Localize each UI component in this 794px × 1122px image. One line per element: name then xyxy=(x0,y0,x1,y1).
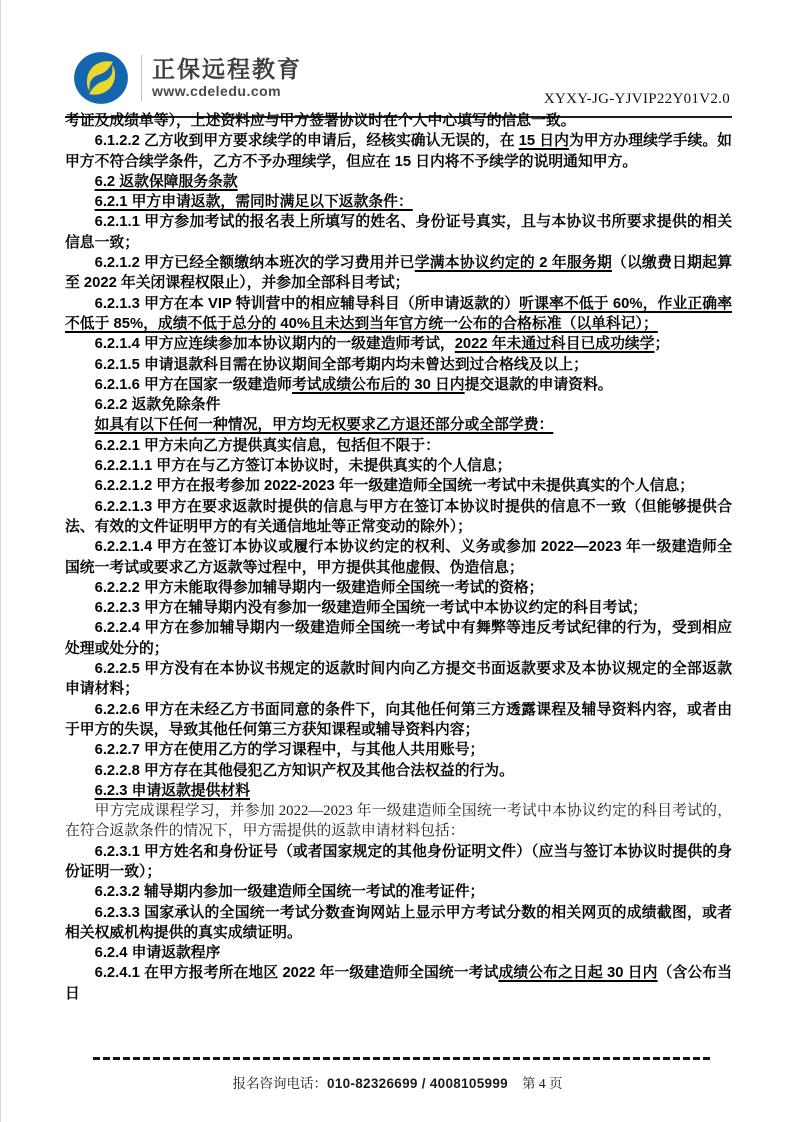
page-header: 正保远程教育 www.cdeledu.com XYXY-JG-YJVIP22Y0… xyxy=(65,48,732,110)
paragraph: 6.2.3.1 甲方姓名和身份证号（或者国家规定的其他身份证明文件）（应当与签订… xyxy=(65,842,732,883)
text-segment: 6.2.2.2 甲方未能取得参加辅导期内一级建造师全国统一考试的资格； xyxy=(95,580,544,596)
paragraph: 6.2.1.3 甲方在本 VIP 特训营中的相应辅导科目（所申请返款的）听课率不… xyxy=(65,294,732,335)
footer-phone-label: 报名咨询电话： xyxy=(233,1076,328,1091)
text-segment: 6.2.1.1 甲方参加考试的报名表上所填写的姓名、身份证号真实，且与本协议书所… xyxy=(65,214,732,250)
paragraph: 6.2.2.4 甲方在参加辅导期内一级建造师全国统一考试中有舞弊等违反考试纪律的… xyxy=(65,618,732,659)
paragraph: 6.2.1.2 甲方已经全额缴纳本班次的学习费用并已学满本协议约定的 2 年服务… xyxy=(65,253,732,294)
underlined-text-segment: 2022 年未通过科目已成功续学 xyxy=(455,336,655,352)
brand-name: 正保远程教育 xyxy=(152,56,302,82)
text-segment: 6.2.3.1 甲方姓名和身份证号（或者国家规定的其他身份证明文件）（应当与签订… xyxy=(65,844,732,880)
text-segment: 6.2.3.2 辅导期内参加一级建造师全国统一考试的准考证件； xyxy=(95,884,485,900)
text-segment: 提交退款的申请资料。 xyxy=(465,377,613,393)
footer-page-number: 第 4 页 xyxy=(522,1076,563,1091)
paragraph: 6.2.1 甲方申请返款，需同时满足以下返款条件： xyxy=(65,192,732,212)
text-segment: 6.2.4 申请返款程序 xyxy=(95,945,221,961)
paragraph: 甲方完成课程学习，并参加 2022—2023 年一级建造师全国统一考试中本协议约… xyxy=(65,801,732,842)
page-footer: 报名咨询电话：010-82326699 / 4008105999第 4 页 xyxy=(1,1072,794,1092)
text-segment: 6.2.1.6 甲方在国家一级建造师 xyxy=(95,377,292,393)
paragraph: 考证及成绩单等），上述资料应与甲方签署协议时在个人中心填写的信息一致。 xyxy=(65,111,732,131)
underlined-text-segment: 成绩公布之日起 30 日内 xyxy=(498,965,657,981)
paragraph: 6.2.2.1.4 甲方在签订本协议或履行本协议约定的权利、义务或参加 2022… xyxy=(65,537,732,578)
footer-phone-numbers: 010-82326699 / 4008105999 xyxy=(327,1076,508,1091)
contract-body: 考证及成绩单等），上述资料应与甲方签署协议时在个人中心填写的信息一致。6.1.2… xyxy=(65,111,732,1004)
paragraph: 6.2 返款保障服务条款 xyxy=(65,172,732,192)
text-segment: 6.2.4.1 在甲方报考所在地区 2022 年一级建造师全国统一考试 xyxy=(95,965,499,981)
text-segment: 6.2.2.1.3 甲方在要求返款时提供的信息与甲方在签订本协议时提供的信息不一… xyxy=(65,499,732,535)
text-segment: 6.2.1.3 甲方在本 VIP 特训营中的相应辅导科目（所申请返款的） xyxy=(95,296,520,312)
footer-divider-line xyxy=(93,1057,711,1060)
paragraph: 6.2.2.3 甲方在辅导期内没有参加一级建造师全国统一考试中本协议约定的科目考… xyxy=(65,598,732,618)
paragraph: 6.1.2.2 乙方收到甲方要求续学的申请后，经核实确认无误的，在 15 日内为… xyxy=(65,131,732,172)
underlined-text-segment: 6.2.3 申请返款提供材料 xyxy=(95,783,250,799)
paragraph: 6.2.2.5 甲方没有在本协议书规定的返款时间内向乙方提交书面返款要求及本协议… xyxy=(65,659,732,700)
paragraph: 6.2.1.5 申请退款科目需在协议期间全部考期内均未曾达到过合格线及以上； xyxy=(65,355,732,375)
paragraph: 6.2.2.1.3 甲方在要求返款时提供的信息与甲方在签订本协议时提供的信息不一… xyxy=(65,497,732,538)
paragraph: 6.2.1.1 甲方参加考试的报名表上所填写的姓名、身份证号真实，且与本协议书所… xyxy=(65,212,732,253)
document-code: XYXY-JG-YJVIP22Y01V2.0 xyxy=(544,91,730,108)
underlined-text-segment: 6.2.1 甲方申请返款，需同时满足以下返款条件： xyxy=(95,194,413,210)
paragraph: 6.2.2.1 甲方未向乙方提供真实信息，包括但不限于： xyxy=(65,436,732,456)
brand-url: www.cdeledu.com xyxy=(152,82,302,100)
paragraph: 6.2.2 返款免除条件 xyxy=(65,395,732,415)
paragraph: 6.2.2.6 甲方在未经乙方书面同意的条件下，向其他任何第三方透露课程及辅导资… xyxy=(65,700,732,741)
text-segment: 6.2.3.3 国家承认的全国统一考试分数查询网站上显示甲方考试分数的相关网页的… xyxy=(65,905,732,941)
text-segment: 6.1.2.2 乙方收到甲方要求续学的申请后，经核实确认无误的，在 xyxy=(95,133,519,149)
paragraph: 6.2.4.1 在甲方报考所在地区 2022 年一级建造师全国统一考试成绩公布之… xyxy=(65,963,732,1004)
paragraph: 6.2.3.2 辅导期内参加一级建造师全国统一考试的准考证件； xyxy=(65,882,732,902)
paragraph: 6.2.2.7 甲方在使用乙方的学习课程中，与其他人共用账号； xyxy=(65,740,732,760)
brand-text: 正保远程教育 www.cdeledu.com xyxy=(152,56,302,100)
text-segment: 6.2.2.7 甲方在使用乙方的学习课程中，与其他人共用账号； xyxy=(95,742,485,758)
paragraph: 6.2.4 申请返款程序 xyxy=(65,943,732,963)
text-segment: 6.2.2.1.4 甲方在签订本协议或履行本协议约定的权利、义务或参加 2022… xyxy=(65,539,732,575)
text-segment: 6.2.2.1 甲方未向乙方提供真实信息，包括但不限于： xyxy=(95,438,440,454)
paragraph: 如具有以下任何一种情况，甲方均无权要求乙方退还部分或全部学费： xyxy=(65,415,732,435)
paragraph: 6.2.3.3 国家承认的全国统一考试分数查询网站上显示甲方考试分数的相关网页的… xyxy=(65,903,732,944)
underlined-text-segment: 如具有以下任何一种情况，甲方均无权要求乙方退还部分或全部学费： xyxy=(95,417,554,433)
text-segment: 6.2.1.4 甲方应连续参加本协议期内的一级建造师考试， xyxy=(95,336,455,352)
brand-divider xyxy=(141,55,142,101)
paragraph: 6.2.2.1.2 甲方在报考参加 2022-2023 年一级建造师全国统一考试… xyxy=(65,476,732,496)
underlined-text-segment: 15 日内 xyxy=(519,133,569,149)
paragraph: 6.2.2.1.1 甲方在与乙方签订本协议时，未提供真实的个人信息； xyxy=(65,456,732,476)
text-segment: 6.2.2.4 甲方在参加辅导期内一级建造师全国统一考试中有舞弊等违反考试纪律的… xyxy=(65,620,732,656)
underlined-text-segment: 学满本协议约定的 2 年服务期 xyxy=(415,255,612,271)
text-segment: 6.2.1.2 甲方已经全额缴纳本班次的学习费用并已 xyxy=(95,255,415,271)
text-segment: 6.2.2.3 甲方在辅导期内没有参加一级建造师全国统一考试中本协议约定的科目考… xyxy=(95,600,647,616)
document-page: 正保远程教育 www.cdeledu.com XYXY-JG-YJVIP22Y0… xyxy=(0,0,794,1122)
text-segment: 6.2.1.5 申请退款科目需在协议期间全部考期内均未曾达到过合格线及以上； xyxy=(95,357,588,373)
text-segment: 甲方完成课程学习，并参加 2022—2023 年一级建造师全国统一考试中本协议约… xyxy=(65,803,732,839)
text-segment: ； xyxy=(655,336,670,352)
text-segment: 6.2.2.5 甲方没有在本协议书规定的返款时间内向乙方提交书面返款要求及本协议… xyxy=(65,661,732,697)
text-segment: 考证及成绩单等），上述资料应与甲方签署协议时在个人中心填写的信息一致。 xyxy=(65,113,576,129)
text-segment: 6.2.2.1.2 甲方在报考参加 2022-2023 年一级建造师全国统一考试… xyxy=(95,478,694,494)
paragraph: 6.2.1.6 甲方在国家一级建造师考试成绩公布后的 30 日内提交退款的申请资… xyxy=(65,375,732,395)
text-segment: 6.2.2 返款免除条件 xyxy=(95,397,221,413)
paragraph: 6.2.3 申请返款提供材料 xyxy=(65,781,732,801)
text-segment: 6.2.2.8 甲方存在其他侵犯乙方知识产权及其他合法权益的行为。 xyxy=(95,763,514,779)
paragraph: 6.2.2.2 甲方未能取得参加辅导期内一级建造师全国统一考试的资格； xyxy=(65,578,732,598)
brand-logo: 正保远程教育 www.cdeledu.com xyxy=(73,50,302,106)
text-segment: 6.2.2.1.1 甲方在与乙方签订本协议时，未提供真实的个人信息； xyxy=(95,458,512,474)
underlined-text-segment: 考试成绩公布后的 30 日内 xyxy=(292,377,465,393)
paragraph: 6.2.1.4 甲方应连续参加本协议期内的一级建造师考试，2022 年未通过科目… xyxy=(65,334,732,354)
text-segment: 6.2.2.6 甲方在未经乙方书面同意的条件下，向其他任何第三方透露课程及辅导资… xyxy=(65,702,732,738)
brand-logo-swirl-icon xyxy=(73,50,129,106)
underlined-text-segment: 6.2 返款保障服务条款 xyxy=(95,174,238,190)
paragraph: 6.2.2.8 甲方存在其他侵犯乙方知识产权及其他合法权益的行为。 xyxy=(65,761,732,781)
